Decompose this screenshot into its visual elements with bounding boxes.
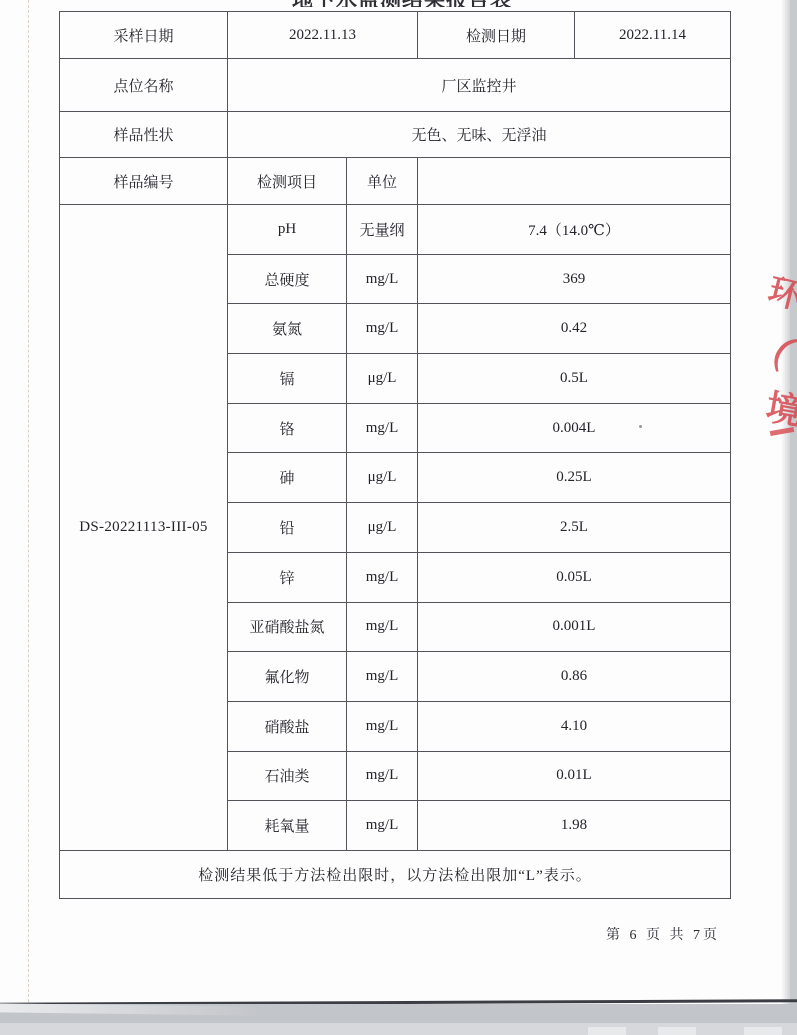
unit-column-label: 单位 bbox=[347, 158, 418, 205]
param-value-cell: 369 bbox=[418, 254, 731, 304]
param-unit-cell: mg/L bbox=[347, 751, 418, 801]
sample-character-label: 样品性状 bbox=[60, 112, 228, 158]
page-fold-line bbox=[28, 0, 29, 1002]
test-report-table: 采样日期 2022.11.13 检测日期 2022.11.14 点位名称 厂区监… bbox=[59, 11, 731, 899]
param-unit-cell: 无量纲 bbox=[347, 205, 418, 255]
param-value-cell: 0.05L bbox=[418, 552, 731, 602]
param-name-cell: 铬 bbox=[228, 403, 347, 453]
param-value-cell: 1.98 bbox=[418, 801, 731, 851]
param-name-cell: 硝酸盐 bbox=[228, 701, 347, 751]
param-value-cell: 0.42 bbox=[418, 304, 731, 354]
param-name-cell: 总硬度 bbox=[228, 254, 347, 304]
param-unit-cell: mg/L bbox=[347, 304, 418, 354]
param-name-cell: 耗氧量 bbox=[228, 801, 347, 851]
sample-no-label: 样品编号 bbox=[60, 158, 228, 205]
param-unit-cell: mg/L bbox=[347, 801, 418, 851]
param-value-cell: 4.10 bbox=[418, 701, 731, 751]
site-name-label: 点位名称 bbox=[60, 59, 228, 112]
param-name-cell: pH bbox=[228, 205, 347, 255]
page-number: 第 6 页 共 7页 bbox=[606, 924, 720, 944]
detection-limit-footnote: 检测结果低于方法检出限时，以方法检出限加“L”表示。 bbox=[60, 850, 731, 898]
footnote-row: 检测结果低于方法检出限时，以方法检出限加“L”表示。 bbox=[60, 850, 731, 898]
param-value-cell: 7.4（14.0℃） bbox=[418, 205, 731, 255]
param-unit-cell: mg/L bbox=[347, 602, 418, 652]
site-name-value: 厂区监控井 bbox=[228, 59, 731, 112]
next-page-edge-chip bbox=[744, 1027, 782, 1035]
sampling-date-value: 2022.11.13 bbox=[228, 12, 418, 59]
next-page-edge-chip bbox=[658, 1027, 696, 1035]
param-row: DS-20221113-III-05 pH 无量纲 7.4（14.0℃） bbox=[60, 205, 731, 255]
param-unit-cell: mg/L bbox=[347, 652, 418, 702]
sample-character-value: 无色、无味、无浮油 bbox=[228, 112, 731, 158]
sampling-date-label: 采样日期 bbox=[60, 12, 228, 59]
param-value-cell: 2.5L bbox=[418, 503, 731, 553]
site-name-row: 点位名称 厂区监控井 bbox=[60, 59, 731, 112]
param-name-cell: 氟化物 bbox=[228, 652, 347, 702]
sample-id-cell: DS-20221113-III-05 bbox=[60, 205, 228, 851]
param-unit-cell: mg/L bbox=[347, 403, 418, 453]
red-seal-fragment: 境 bbox=[763, 389, 797, 431]
param-name-cell: 锌 bbox=[228, 552, 347, 602]
param-value-cell: 0.86 bbox=[418, 652, 731, 702]
result-column-blank bbox=[418, 158, 731, 205]
param-name-cell: 亚硝酸盐氮 bbox=[228, 602, 347, 652]
param-value-cell: 0.001L bbox=[418, 602, 731, 652]
param-unit-cell: μg/L bbox=[347, 503, 418, 553]
param-value-cell: 0.01L bbox=[418, 751, 731, 801]
param-unit-cell: mg/L bbox=[347, 552, 418, 602]
item-column-label: 检测项目 bbox=[228, 158, 347, 205]
param-value-cell: 0.5L bbox=[418, 354, 731, 404]
scan-speck bbox=[639, 425, 642, 428]
param-value-cell: 0.25L bbox=[418, 453, 731, 503]
report-title-text: 地下水监测结果报告表 bbox=[292, 0, 548, 7]
param-name-cell: 镉 bbox=[228, 354, 347, 404]
page-edge-shadow bbox=[781, 0, 790, 1004]
param-name-cell: 氨氮 bbox=[228, 304, 347, 354]
sampling-date-row: 采样日期 2022.11.13 检测日期 2022.11.14 bbox=[60, 12, 731, 59]
param-unit-cell: μg/L bbox=[347, 354, 418, 404]
next-page-edge-chip bbox=[588, 1027, 626, 1035]
param-name-cell: 铅 bbox=[228, 503, 347, 553]
sample-character-row: 样品性状 无色、无味、无浮油 bbox=[60, 112, 731, 158]
param-value-cell: 0.004L bbox=[418, 403, 731, 453]
column-header-row: 样品编号 检测项目 单位 bbox=[60, 158, 731, 205]
param-name-cell: 石油类 bbox=[228, 751, 347, 801]
test-date-value: 2022.11.14 bbox=[575, 12, 731, 59]
param-unit-cell: mg/L bbox=[347, 701, 418, 751]
param-unit-cell: mg/L bbox=[347, 254, 418, 304]
clipped-report-title: 地下水监测结果报告表 bbox=[292, 0, 548, 7]
param-unit-cell: μg/L bbox=[347, 453, 418, 503]
param-name-cell: 砷 bbox=[228, 453, 347, 503]
test-date-label: 检测日期 bbox=[418, 12, 575, 59]
